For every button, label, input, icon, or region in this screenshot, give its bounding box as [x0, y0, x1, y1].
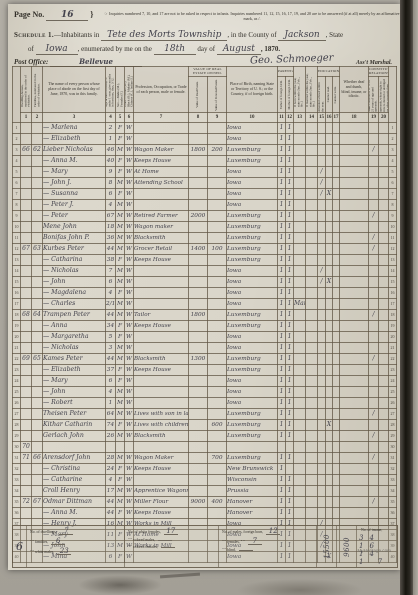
real-estate-value [189, 332, 208, 343]
mother-foreign-mark: 1 [286, 387, 294, 398]
disability [340, 266, 369, 277]
person-name: — Christina [43, 464, 106, 475]
cannot-write-mark [333, 299, 340, 310]
cannot-read-mark [326, 376, 333, 387]
sex: M [116, 222, 125, 233]
personal-estate-value [208, 211, 227, 222]
personal-estate-value [208, 134, 227, 145]
father-foreign-mark: 1 [278, 420, 286, 431]
table-row: 14— Nicholas7MWIowa11/14 [13, 266, 397, 277]
marriage-month [306, 354, 318, 365]
disability [340, 497, 369, 508]
cannot-read-mark [326, 387, 333, 398]
birth-month [294, 266, 306, 277]
dwelling-number: 70 [21, 442, 32, 453]
person-name: — Magdalena [43, 288, 106, 299]
occupation [134, 299, 189, 310]
state-value: Iowa [36, 44, 78, 55]
color: W [125, 145, 134, 156]
footer-side-number: 6 [13, 526, 27, 567]
father-foreign-mark: 1 [278, 222, 286, 233]
sex: F [116, 475, 125, 486]
vote-mark [379, 123, 389, 134]
table-row: 10Mene John18MWWagon makerLuxemburg1110 [13, 222, 397, 233]
cannot-read-mark [326, 244, 333, 255]
cannot-write-mark [333, 200, 340, 211]
occupation [134, 123, 189, 134]
disability [340, 189, 369, 200]
dwelling-number [21, 420, 32, 431]
father-foreign-mark: 1 [278, 211, 286, 222]
mother-foreign-mark: 1 [286, 211, 294, 222]
vote-mark [379, 497, 389, 508]
color: W [125, 420, 134, 431]
person-name: Odmar Dittman [43, 497, 106, 508]
family-number: 64 [32, 310, 43, 321]
birthplace: Wisconsin [227, 475, 278, 486]
cannot-write-mark [333, 442, 340, 453]
father-foreign-mark: 1 [278, 497, 286, 508]
line-number: 8 [389, 200, 397, 211]
person-name: — Anna M. [43, 508, 106, 519]
table-row: 2— Elizabeth1FWIowa112 [13, 134, 397, 145]
marriage-month [306, 255, 318, 266]
marriage-month [306, 178, 318, 189]
family-number [32, 431, 43, 442]
disability [340, 321, 369, 332]
line-number: 13 [389, 255, 397, 266]
father-foreign-mark: 1 [278, 178, 286, 189]
census-table: Dwelling-houses, numbered in the order o… [12, 66, 397, 563]
citizen-mark: / [369, 453, 379, 464]
cannot-write-mark [333, 277, 340, 288]
citizen-mark [369, 420, 379, 431]
county-label: , in the County of [227, 31, 276, 39]
citizen-mark [369, 255, 379, 266]
header-occupation: Profession, Occupation, or Trade of each… [134, 67, 189, 113]
age: 28 [106, 453, 116, 464]
cannot-read-mark [326, 123, 333, 134]
birthplace: Iowa [227, 123, 278, 134]
citizen-mark [369, 376, 379, 387]
disability [340, 211, 369, 222]
color: W [125, 222, 134, 233]
color: W [125, 189, 134, 200]
person-name: Gerlach John [43, 431, 106, 442]
family-number [32, 255, 43, 266]
column-number: 9 [208, 113, 227, 123]
header-group-value: Value of Real Estate Owned. [189, 67, 227, 77]
cannot-read-mark [326, 508, 333, 519]
column-number: 5 [116, 113, 125, 123]
mother-foreign-mark: 1 [286, 145, 294, 156]
vote-mark [379, 398, 389, 409]
school-mark [318, 233, 326, 244]
age: 9 [106, 167, 116, 178]
family-number [32, 123, 43, 134]
marriage-month [306, 398, 318, 409]
line-number: 26 [389, 398, 397, 409]
column-number: 14 [306, 113, 318, 123]
father-foreign-mark: 1 [278, 475, 286, 486]
person-name: — Mary [43, 167, 106, 178]
real-estate-value: 1800 [189, 145, 208, 156]
disability [340, 233, 369, 244]
citizen-mark: / [369, 354, 379, 365]
footer-stat-row: No. of dwellings,7 [30, 528, 122, 535]
footer-stat-row: " " females, " "7 [222, 538, 314, 545]
marriage-month [306, 156, 318, 167]
real-estate-value [189, 365, 208, 376]
disability [340, 288, 369, 299]
header-male-citizen: Male Citizens of U. S. of 21 years of ag… [369, 77, 379, 113]
birthplace: Luxemburg [227, 244, 278, 255]
cannot-write-mark [333, 508, 340, 519]
school-mark [318, 398, 326, 409]
line-number: 16 [389, 288, 397, 299]
column-number: 18 [340, 113, 369, 123]
color: W [125, 387, 134, 398]
vote-mark [379, 431, 389, 442]
school-mark [318, 321, 326, 332]
family-number [32, 288, 43, 299]
real-estate-value [189, 387, 208, 398]
color: W [125, 211, 134, 222]
sex [116, 442, 125, 453]
personal-estate-value [208, 288, 227, 299]
mother-foreign-mark: 1 [286, 431, 294, 442]
birthplace: Luxemburg [227, 156, 278, 167]
occupation: Wagon Maker [134, 453, 189, 464]
personal-estate-value [208, 409, 227, 420]
person-name: Theisen Peter [43, 409, 106, 420]
month-value: August [217, 44, 261, 55]
mother-foreign-mark: 1 [286, 321, 294, 332]
header-married-month: If married within the year, state month … [306, 67, 318, 113]
line-number: 33 [389, 475, 397, 486]
age: 67 [106, 211, 116, 222]
real-estate-value [189, 442, 208, 453]
age: 24 [106, 464, 116, 475]
school-mark [318, 453, 326, 464]
marriage-month [306, 266, 318, 277]
line-number: 35 [389, 497, 397, 508]
census-table-body: 1— Marlena2FWIowa1112— Elizabeth1FWIowa1… [13, 123, 397, 563]
line-number: 1 [389, 123, 397, 134]
table-row: 16— Magdalena4FWIowa1116 [13, 288, 397, 299]
disability [340, 464, 369, 475]
birth-month [294, 277, 306, 288]
marriage-month [306, 277, 318, 288]
color: W [125, 200, 134, 211]
footer-stat-row: No. of white females,17 [128, 528, 216, 535]
footer-tally-box: 6 No. of dwellings,7" " families,6" " wh… [12, 525, 398, 568]
birthplace: Iowa [227, 277, 278, 288]
age: 64 [106, 409, 116, 420]
birthplace: Iowa [227, 343, 278, 354]
marriage-month [306, 442, 318, 453]
personal-estate-value [208, 398, 227, 409]
mother-foreign-mark [286, 442, 294, 453]
family-number: 66 [32, 453, 43, 464]
age: 6 [106, 277, 116, 288]
cannot-write-mark [333, 123, 340, 134]
birth-month [294, 508, 306, 519]
age: 44 [106, 497, 116, 508]
marriage-month [306, 420, 318, 431]
real-estate-value: 9000 [189, 497, 208, 508]
occupation: At Home [134, 167, 189, 178]
family-number [32, 387, 43, 398]
occupation: Keeps House [134, 321, 189, 332]
sex: F [116, 508, 125, 519]
vote-mark [379, 486, 389, 497]
column-number: 12 [286, 113, 294, 123]
occupation: Tailor [134, 310, 189, 321]
color: W [125, 244, 134, 255]
footer-stat-value: 7 [59, 528, 73, 535]
father-foreign-mark: 1 [278, 409, 286, 420]
marriage-month [306, 123, 318, 134]
birth-month [294, 310, 306, 321]
birthplace: Iowa [227, 134, 278, 145]
family-number [32, 222, 43, 233]
color: W [125, 123, 134, 134]
personal-estate-value [208, 255, 227, 266]
column-number: 8 [189, 113, 208, 123]
disability [340, 486, 369, 497]
family-number [32, 332, 43, 343]
school-mark [318, 420, 326, 431]
cannot-read-mark [326, 475, 333, 486]
vote-mark [379, 222, 389, 233]
line-number: 35 [13, 497, 21, 508]
father-foreign-mark: 1 [278, 233, 286, 244]
disability [340, 475, 369, 486]
footer-stat-label: " " families, [30, 540, 48, 544]
occupation: Keeps House [134, 156, 189, 167]
school-mark [318, 134, 326, 145]
birthplace: Iowa [227, 200, 278, 211]
school-mark [318, 343, 326, 354]
marriage-month [306, 211, 318, 222]
birth-month [294, 178, 306, 189]
line-number: 9 [389, 211, 397, 222]
age: 5 [106, 332, 116, 343]
birth-month [294, 211, 306, 222]
line-number: 17 [389, 299, 397, 310]
citizen-mark [369, 464, 379, 475]
school-mark [318, 156, 326, 167]
dwelling-number: 71 [21, 453, 32, 464]
real-estate-value [189, 277, 208, 288]
cannot-read-mark [326, 497, 333, 508]
line-number: 24 [389, 376, 397, 387]
sex: M [116, 178, 125, 189]
age: 4 [106, 288, 116, 299]
personal-estate-value [208, 200, 227, 211]
person-name: — Anna [43, 321, 106, 332]
citizen-mark: / [369, 233, 379, 244]
table-row: 29Gerlach John26MWBlacksmithLuxemburg11/… [13, 431, 397, 442]
mother-foreign-mark: 1 [286, 200, 294, 211]
age: 4 [106, 387, 116, 398]
real-estate-value [189, 486, 208, 497]
enumerated-label: , enumerated by me on the [78, 45, 152, 53]
footer-stat-label: " " colored females, [128, 545, 158, 549]
birth-month [294, 442, 306, 453]
occupation: Keeps House [134, 255, 189, 266]
dwelling-number [21, 277, 32, 288]
dwelling-number [21, 475, 32, 486]
school-mark [318, 288, 326, 299]
family-number [32, 343, 43, 354]
dwelling-number [21, 321, 32, 332]
mother-foreign-mark: 1 [286, 365, 294, 376]
dwelling-number [21, 299, 32, 310]
sex: F [116, 420, 125, 431]
dwelling-number: 69 [21, 354, 32, 365]
occupation [134, 387, 189, 398]
cannot-read-mark [326, 453, 333, 464]
dwelling-number [21, 222, 32, 233]
footer-stat-label: No. of males, foreign born, [222, 530, 263, 534]
mother-foreign-mark: 1 [286, 420, 294, 431]
disability [340, 409, 369, 420]
birthplace: Hanover [227, 497, 278, 508]
table-row: 21— Nicholas3MWIowa1121 [13, 343, 397, 354]
vote-mark [379, 156, 389, 167]
header-group-constitutional: Constitutional Relations. [369, 67, 389, 77]
school-mark [318, 211, 326, 222]
dwelling-number [21, 508, 32, 519]
cannot-write-mark [333, 475, 340, 486]
personal-estate-value [208, 442, 227, 453]
age: 38 [106, 255, 116, 266]
citizen-mark: / [369, 409, 379, 420]
sex: M [116, 486, 125, 497]
color: W [125, 475, 134, 486]
cannot-read-mark [326, 211, 333, 222]
mother-foreign-mark: 1 [286, 266, 294, 277]
birthplace: Iowa [227, 398, 278, 409]
father-foreign-mark [278, 442, 286, 453]
cannot-read-mark [326, 332, 333, 343]
father-foreign-mark: 1 [278, 508, 286, 519]
family-number: 65 [32, 354, 43, 365]
real-estate-value [189, 288, 208, 299]
family-number [32, 189, 43, 200]
disability [340, 244, 369, 255]
sex: M [116, 244, 125, 255]
column-number: 7 [134, 113, 189, 123]
footer-stat-label: " " colored males, [128, 538, 155, 542]
color: W [125, 178, 134, 189]
real-estate-value [189, 431, 208, 442]
birth-month [294, 409, 306, 420]
mother-foreign-mark: 1 [286, 222, 294, 233]
header-real-estate: Value of Real Estate. [189, 77, 208, 113]
birthplace: Hanover [227, 508, 278, 519]
disability [340, 343, 369, 354]
dwelling-number [21, 409, 32, 420]
citizen-mark [369, 332, 379, 343]
line-number: 22 [13, 354, 21, 365]
table-row: 357267Odmar Dittman44MWMiller Flour90004… [13, 497, 397, 508]
age: 8 [106, 178, 116, 189]
family-number [32, 233, 43, 244]
vote-mark [379, 211, 389, 222]
person-name: — Susanna [43, 189, 106, 200]
personal-estate-value [208, 167, 227, 178]
cannot-write-mark [333, 167, 340, 178]
occupation [134, 266, 189, 277]
header-cannot-write: Cannot write. [333, 77, 340, 113]
family-number [32, 475, 43, 486]
age: 18 [106, 222, 116, 233]
birthplace: Luxemburg [227, 233, 278, 244]
birth-month [294, 123, 306, 134]
table-row: 27Theisen Peter64MWLives with son in law… [13, 409, 397, 420]
cannot-write-mark [333, 321, 340, 332]
real-estate-value: 1400 [189, 244, 208, 255]
school-mark [318, 442, 326, 453]
disability [340, 420, 369, 431]
dwelling-number [21, 288, 32, 299]
marriage-month [306, 365, 318, 376]
birth-month [294, 464, 306, 475]
age [106, 442, 116, 453]
footer-stat-value [158, 540, 172, 541]
header-cannot-read: Cannot read. [326, 77, 333, 113]
mother-foreign-mark: 1 [286, 376, 294, 387]
birth-month [294, 431, 306, 442]
school-mark [318, 387, 326, 398]
father-foreign-mark: 1 [278, 299, 286, 310]
age: 44 [106, 354, 116, 365]
line-number: 25 [389, 387, 397, 398]
line-number: 32 [389, 464, 397, 475]
line-number: 30 [389, 442, 397, 453]
table-row: 32— Christina24FWKeeps HouseNew Brunswic… [13, 464, 397, 475]
birthplace: Iowa [227, 332, 278, 343]
sex: M [116, 233, 125, 244]
citizen-mark [369, 266, 379, 277]
sex: F [116, 288, 125, 299]
line-number: 10 [389, 222, 397, 233]
marriage-month [306, 321, 318, 332]
sex: M [116, 211, 125, 222]
header-personal-estate: Value of Personal Estate. [208, 77, 227, 113]
citizen-mark [369, 398, 379, 409]
marriage-month [306, 464, 318, 475]
father-foreign-mark: 1 [278, 134, 286, 145]
father-foreign-mark: 1 [278, 343, 286, 354]
color: W [125, 288, 134, 299]
school-mark: / [318, 189, 326, 200]
cannot-write-mark [333, 178, 340, 189]
person-name: — Nicholas [43, 266, 106, 277]
line-number: 24 [13, 376, 21, 387]
sex: M [116, 299, 125, 310]
citizen-mark [369, 508, 379, 519]
school-mark [318, 145, 326, 156]
school-mark [318, 409, 326, 420]
marriage-month [306, 167, 318, 178]
vote-mark [379, 420, 389, 431]
vote-mark [379, 134, 389, 145]
occupation: Blacksmith [134, 431, 189, 442]
